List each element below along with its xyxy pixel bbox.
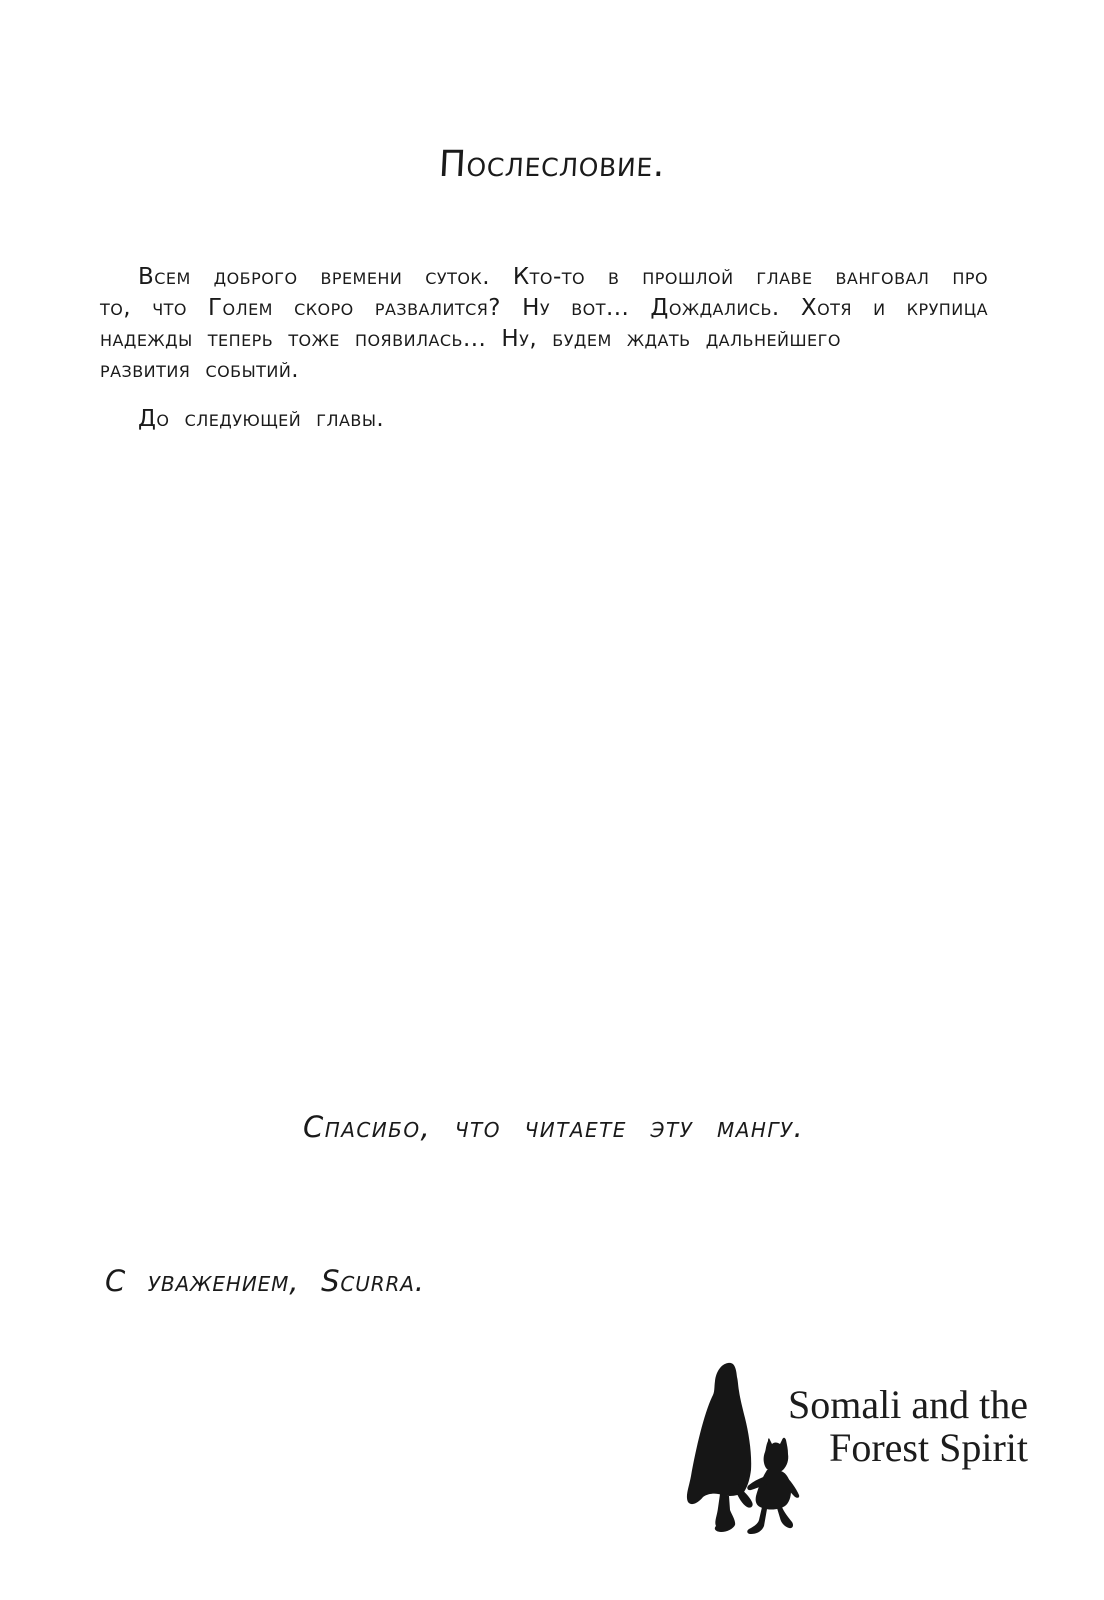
series-logo-line2: Forest Spirit (700, 1426, 1028, 1469)
series-logo: Somali and the Forest Spirit (660, 1325, 1080, 1555)
afterword-page: Послесловие. Всем доброго времени суток.… (0, 0, 1104, 1600)
page-title: Послесловие. (0, 143, 1104, 187)
paragraph-line: надежды теперь тоже появилась... Ну, буд… (100, 324, 988, 355)
signature-line: С уважением, Scurra. (105, 1264, 425, 1298)
series-logo-line1: Somali and the (700, 1383, 1028, 1426)
paragraph-line: Всем доброго времени суток. Кто-то в про… (100, 262, 988, 293)
paragraph-line: развития событий. (100, 355, 988, 386)
farewell-line: До следующей главы. (138, 406, 384, 432)
paragraph-line: то, что Голем скоро развалится? Ну вот..… (100, 293, 988, 324)
thanks-line: Спасибо, что читаете эту мангу. (303, 1110, 804, 1144)
series-logo-text: Somali and the Forest Spirit (700, 1383, 1028, 1469)
afterword-paragraph: Всем доброго времени суток. Кто-то в про… (100, 262, 988, 386)
